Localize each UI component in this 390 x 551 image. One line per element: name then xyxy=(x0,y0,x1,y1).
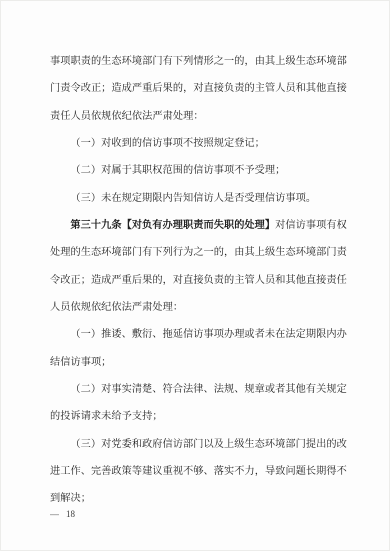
document-line: 事项职责的生态环境部门有下列情形之一的，由其上级生态环境部 xyxy=(50,48,346,75)
document-line: 令改正；造成严重后果的，对直接负责的主管人员和其他直接责任 xyxy=(50,267,346,294)
document-line: 进工作、完善政策等建议重视不够、落实不力，导致问题长期得不 xyxy=(50,458,346,485)
document-line-list-item: （三）对党委和政府信访部门以及上级生态环境部门提出的改 xyxy=(50,431,346,458)
document-line: 结信访事项； xyxy=(50,349,346,376)
article-heading-tail: 对信访事项有权 xyxy=(275,220,347,231)
document-line-list-item: （二）对事实清楚、符合法律、法规、规章或者其他有关规定 xyxy=(50,376,346,403)
document-line: 的投诉请求未给予支持； xyxy=(50,403,346,430)
document-line-list-item: （二）对属于其职权范围的信访事项不予受理； xyxy=(50,157,346,184)
page-number: 18 xyxy=(66,507,75,521)
document-line-list-item: （一）对收到的信访事项不按照规定登记； xyxy=(50,130,346,157)
document-line: 处理的生态环境部门有下列行为之一的，由其上级生态环境部门责 xyxy=(50,239,346,266)
document-line: 门责令改正；造成严重后果的，对直接负责的主管人员和其他直接 xyxy=(50,75,346,102)
document-body: 事项职责的生态环境部门有下列情形之一的，由其上级生态环境部 门责令改正；造成严重… xyxy=(50,48,346,513)
document-line: 到解决； xyxy=(50,485,346,512)
document-line-list-item: （一）推诿、敷衍、拖延信访事项办理或者未在法定期限内办 xyxy=(50,321,346,348)
document-line-article-heading: 第三十九条【对负有办理职责而失职的处理】对信访事项有权 xyxy=(50,212,346,239)
document-line-list-item: （三）未在规定期限内告知信访人是否受理信访事项。 xyxy=(50,185,346,212)
document-page: 事项职责的生态环境部门有下列情形之一的，由其上级生态环境部 门责令改正；造成严重… xyxy=(0,0,390,551)
page-footer: — 18 xyxy=(50,507,75,521)
document-line: 责任人员依规依纪依法严肃处理： xyxy=(50,103,346,130)
document-line: 人员依规依纪依法严肃处理： xyxy=(50,294,346,321)
article-title-bold: 第三十九条【对负有办理职责而失职的处理】 xyxy=(70,220,275,231)
footer-dash: — xyxy=(50,507,59,521)
